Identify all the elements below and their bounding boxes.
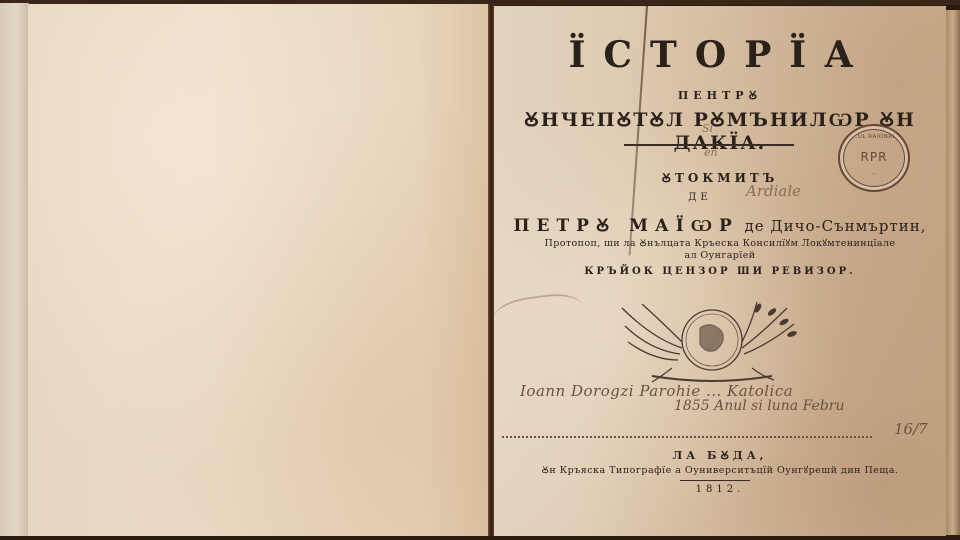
- book-bottom-edge: [0, 536, 960, 540]
- laurel-wreath-medallion-icon: [612, 298, 812, 390]
- imprint-place: ЛА БꙊДА,: [494, 448, 946, 463]
- page-fore-edge: [946, 10, 960, 535]
- composed-by-label: ꙊТОКМИТЪ: [494, 169, 946, 186]
- title-preposition: ПЕНТРꙊ: [494, 88, 946, 103]
- ink-stain: [492, 290, 587, 344]
- imprint-rule: [680, 480, 750, 481]
- author-name: ПЕТРꙊ МАЇѠР: [514, 216, 739, 236]
- book-title: ЇСТОРЇА: [494, 34, 946, 76]
- handwritten-flourish-line: [502, 430, 872, 438]
- imprint-year: 1812.: [494, 484, 946, 495]
- flyleaf-edge: [0, 3, 29, 538]
- author-description-line-1: Протопоп, ши ла Ꙋнълцата Кръеска Консилї…: [494, 236, 946, 249]
- handwritten-mark-above: Si: [702, 122, 713, 135]
- author-description-line-3: КРЪЙОК ЦЕНЗОР ШИ РЕВИЗОР.: [494, 266, 946, 277]
- author-origin: де Дичо-Сънмъртин,: [745, 217, 927, 235]
- left-blank-page: [28, 4, 488, 537]
- title-page: ЇСТОРЇА ПЕНТРꙊ ꙊНЧЕПꙊТꙊЛ РꙊМЪНИЛѠР ꙊН ДА…: [494, 6, 946, 536]
- author-line: ПЕТРꙊ МАЇѠР де Дичо-Сънмъртин,: [494, 213, 946, 236]
- handwritten-mark-below: en: [704, 146, 718, 159]
- handwritten-note-ardiale: Ardiale: [746, 182, 801, 200]
- by-label: ДЕ: [474, 192, 926, 203]
- ownership-inscription-line-2: 1855 Anul si luna Febru: [674, 398, 844, 414]
- author-description-line-2: ал Оунгарїей: [494, 250, 946, 261]
- stamp-top-text: …UL RAIONAL: [840, 134, 908, 140]
- stamp-center-text: RPR: [840, 150, 908, 164]
- ownership-inscription-date: 16/7: [894, 420, 928, 438]
- imprint-printer: Ꙋн Кръяска Типографїе а Оуниверситъцїй О…: [494, 463, 946, 476]
